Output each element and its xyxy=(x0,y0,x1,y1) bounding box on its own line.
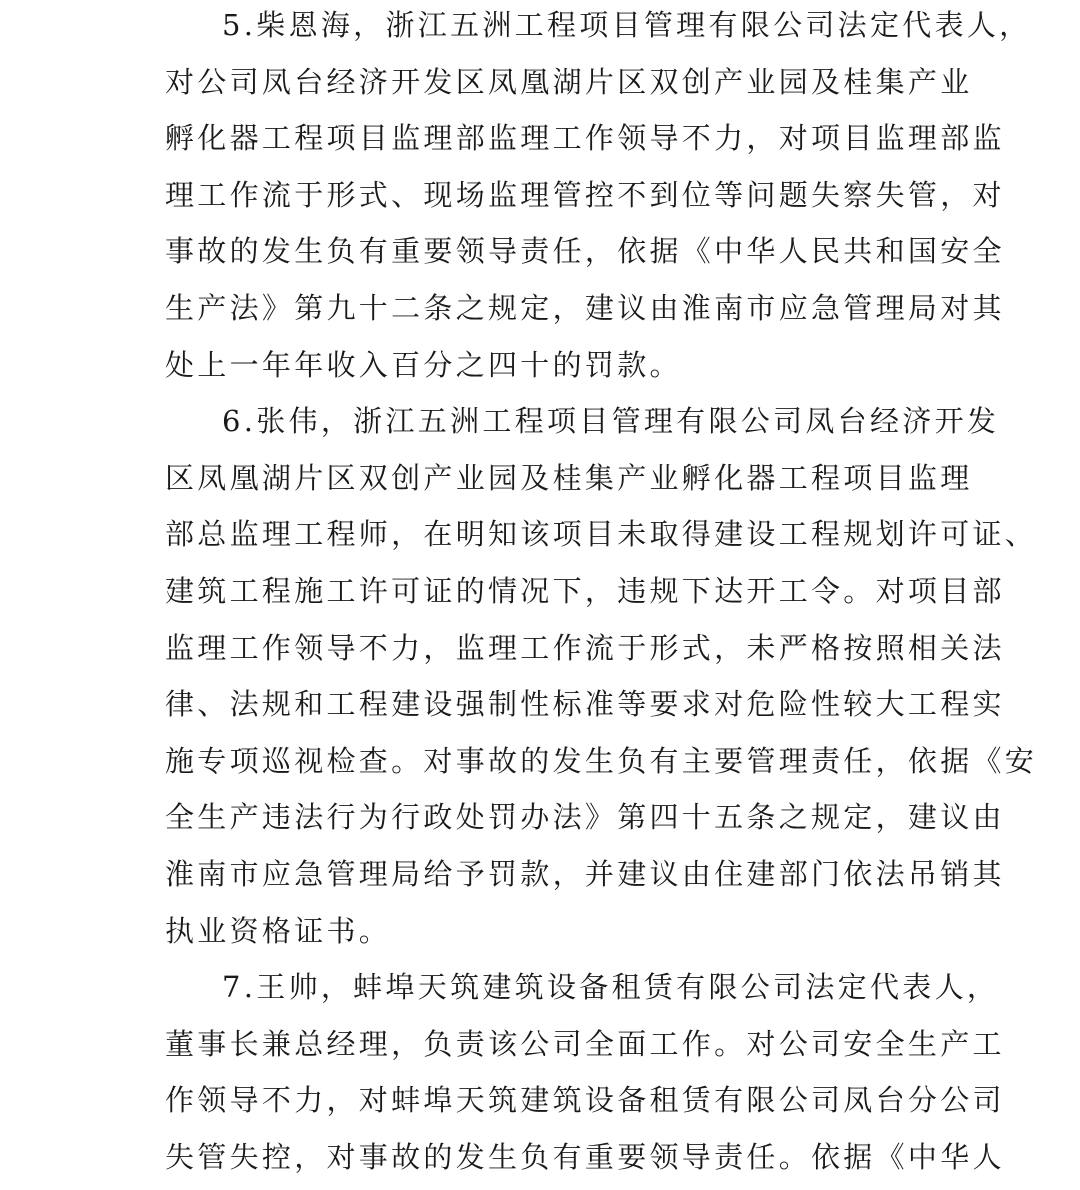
text-line: 5.柴恩海，浙江五洲工程项目管理有限公司法定代表人， xyxy=(165,0,925,54)
text-line: 监理工作领导不力，监理工作流于形式，未严格按照相关法 xyxy=(165,620,925,677)
text-line: 施专项巡视检查。对事故的发生负有主要管理责任，依据《安 xyxy=(165,733,925,790)
text-line: 事故的发生负有重要领导责任，依据《中华人民共和国安全 xyxy=(165,223,925,280)
text-line: 生产法》第九十二条之规定，建议由淮南市应急管理局对其 xyxy=(165,280,925,337)
text-line: 6.张伟，浙江五洲工程项目管理有限公司凤台经济开发 xyxy=(165,393,925,450)
text-line: 处上一年年收入百分之四十的罚款。 xyxy=(165,337,925,394)
text-line: 对公司凤台经济开发区凤凰湖片区双创产业园及桂集产业 xyxy=(165,54,925,111)
text-line: 淮南市应急管理局给予罚款，并建议由住建部门依法吊销其 xyxy=(165,846,925,903)
text-line: 部总监理工程师，在明知该项目未取得建设工程规划许可证、 xyxy=(165,506,925,563)
text-line: 律、法规和工程建设强制性标准等要求对危险性较大工程实 xyxy=(165,676,925,733)
text-line: 区凤凰湖片区双创产业园及桂集产业孵化器工程项目监理 xyxy=(165,450,925,507)
text-line: 作领导不力，对蚌埠天筑建筑设备租赁有限公司凤台分公司 xyxy=(165,1072,925,1129)
paragraph-item-7: 7.王帅，蚌埠天筑建筑设备租赁有限公司法定代表人， 董事长兼总经理，负责该公司全… xyxy=(165,959,925,1185)
text-line: 执业资格证书。 xyxy=(165,903,925,960)
text-line: 孵化器工程项目监理部监理工作领导不力，对项目监理部监 xyxy=(165,110,925,167)
text-line: 建筑工程施工许可证的情况下，违规下达开工令。对项目部 xyxy=(165,563,925,620)
text-line: 7.王帅，蚌埠天筑建筑设备租赁有限公司法定代表人， xyxy=(165,959,925,1016)
text-line: 理工作流于形式、现场监理管控不到位等问题失察失管，对 xyxy=(165,167,925,224)
document-page: 5.柴恩海，浙江五洲工程项目管理有限公司法定代表人， 对公司凤台经济开发区凤凰湖… xyxy=(165,0,925,1185)
text-line: 失管失控，对事故的发生负有重要领导责任。依据《中华人 xyxy=(165,1129,925,1186)
text-line: 全生产违法行为行政处罚办法》第四十五条之规定，建议由 xyxy=(165,789,925,846)
paragraph-item-5: 5.柴恩海，浙江五洲工程项目管理有限公司法定代表人， 对公司凤台经济开发区凤凰湖… xyxy=(165,0,925,393)
text-line: 董事长兼总经理，负责该公司全面工作。对公司安全生产工 xyxy=(165,1016,925,1073)
paragraph-item-6: 6.张伟，浙江五洲工程项目管理有限公司凤台经济开发 区凤凰湖片区双创产业园及桂集… xyxy=(165,393,925,959)
